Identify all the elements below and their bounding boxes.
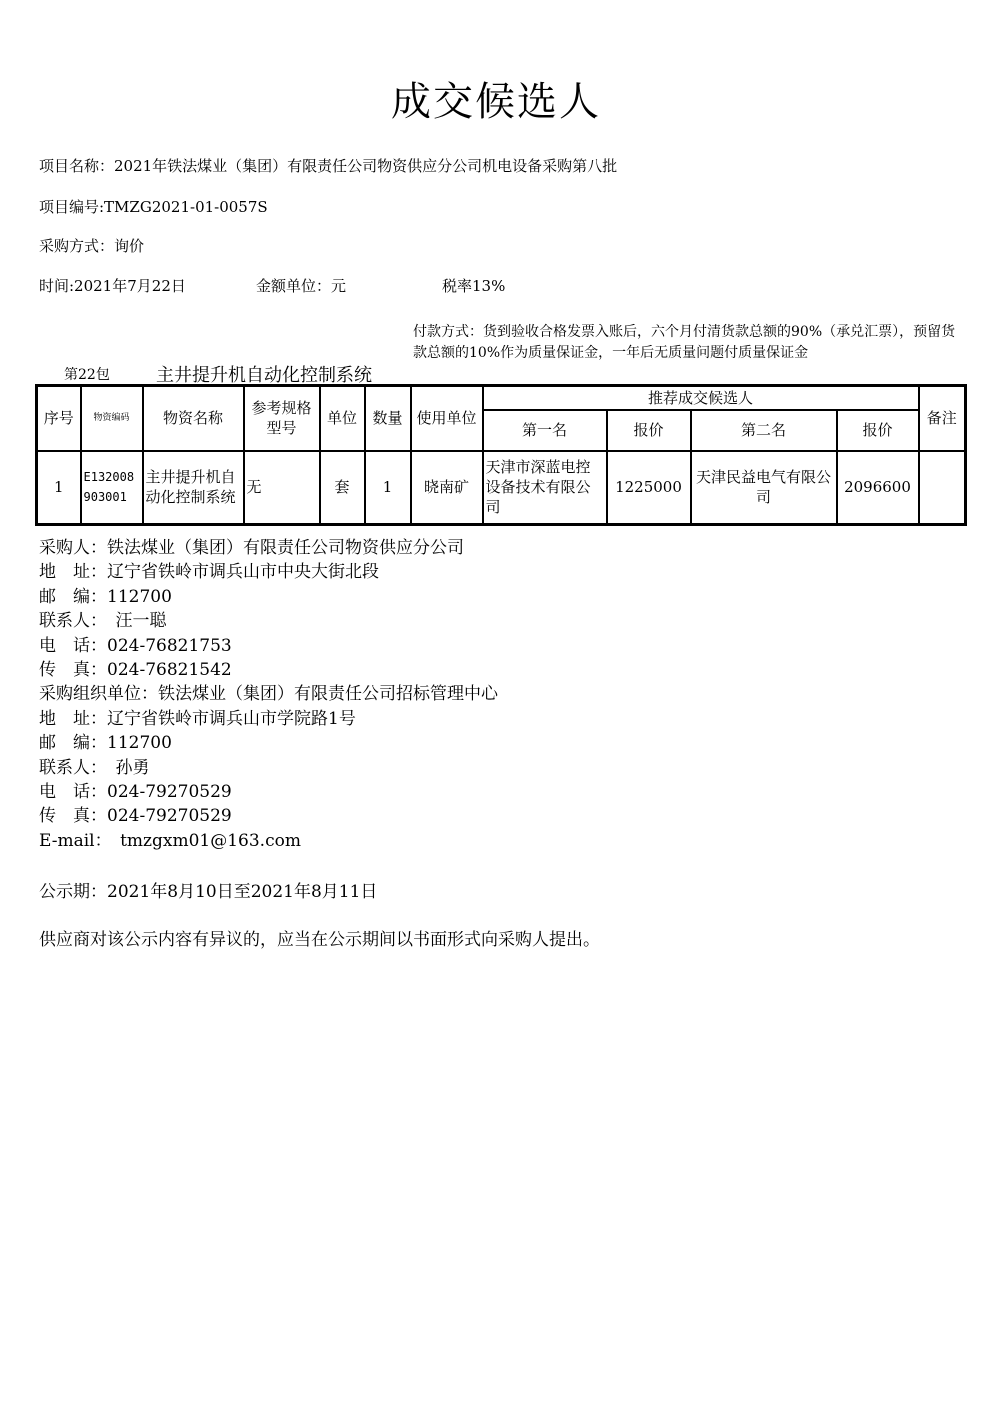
header-name: 物资名称: [143, 386, 244, 451]
agency-name: 采购组织单位：铁法煤业（集团）有限责任公司招标管理中心: [39, 682, 498, 706]
package-label: 第22包: [64, 364, 110, 384]
cell-name: 主井提升机自动化控制系统: [143, 451, 244, 525]
buyer-name: 采购人：铁法煤业（集团）有限责任公司物资供应分公司: [39, 536, 498, 560]
objection-notice: 供应商对该公示内容有异议的，应当在公示期间以书面形式向采购人提出。: [39, 925, 600, 950]
date: 时间:2021年7月22日: [39, 275, 186, 296]
cell-user: 晓南矿: [411, 451, 483, 525]
cell-seq: 1: [37, 451, 81, 525]
tax-rate: 税率13%: [442, 275, 505, 296]
agency-email: E-mail： tmzgxm01@163.com: [39, 829, 498, 853]
cell-spec: 无: [244, 451, 320, 525]
buyer-contact: 联系人： 汪一聪: [39, 609, 498, 633]
agency-fax: 传 真：024-79270529: [39, 804, 498, 828]
header-user: 使用单位: [411, 386, 483, 451]
buyer-phone: 电 话：024-76821753: [39, 634, 498, 658]
project-number: 项目编号:TMZG2021-01-0057S: [39, 196, 268, 217]
header-spec: 参考规格型号: [244, 386, 320, 451]
header-seq: 序号: [37, 386, 81, 451]
header-qty: 数量: [365, 386, 411, 451]
agency-postcode: 邮 编：112700: [39, 731, 498, 755]
cell-price2: 2096600: [837, 451, 919, 525]
header-second: 第二名: [691, 410, 837, 451]
cell-unit: 套: [320, 451, 365, 525]
header-unit: 单位: [320, 386, 365, 451]
contacts-block: 采购人：铁法煤业（集团）有限责任公司物资供应分公司 地 址：辽宁省铁岭市调兵山市…: [39, 536, 498, 853]
payment-terms: 付款方式：货到验收合格发票入账后，六个月付清货款总额的90%（承兑汇票），预留货…: [413, 322, 958, 364]
header-first: 第一名: [483, 410, 607, 451]
header-remark: 备注: [919, 386, 966, 451]
buyer-address: 地 址：辽宁省铁岭市调兵山市中央大街北段: [39, 560, 498, 584]
header-recommend: 推荐成交候选人: [483, 386, 919, 410]
cell-qty: 1: [365, 451, 411, 525]
publicity-period: 公示期：2021年8月10日至2021年8月11日: [39, 877, 377, 902]
cell-code: E132008903001: [81, 451, 143, 525]
page-title: 成交候选人: [0, 70, 992, 127]
candidate-table: 序号 物资编码 物资名称 参考规格型号 单位 数量 使用单位 推荐成交候选人 备…: [35, 384, 967, 526]
buyer-postcode: 邮 编：112700: [39, 585, 498, 609]
header-price2: 报价: [837, 410, 919, 451]
agency-phone: 电 话：024-79270529: [39, 780, 498, 804]
table-row: 1 E132008903001 主井提升机自动化控制系统 无 套 1 晓南矿 天…: [37, 451, 966, 525]
cell-first: 天津市深蓝电控设备技术有限公司: [483, 451, 607, 525]
cell-second: 天津民益电气有限公司: [691, 451, 837, 525]
agency-contact: 联系人： 孙勇: [39, 756, 498, 780]
project-name: 项目名称：2021年铁法煤业（集团）有限责任公司物资供应分公司机电设备采购第八批: [39, 155, 617, 176]
header-code: 物资编码: [81, 386, 143, 451]
cell-remark: [919, 451, 966, 525]
agency-address: 地 址：辽宁省铁岭市调兵山市学院路1号: [39, 707, 498, 731]
cell-price1: 1225000: [607, 451, 691, 525]
procurement-method: 采购方式：询价: [39, 235, 144, 256]
buyer-fax: 传 真：024-76821542: [39, 658, 498, 682]
currency-unit: 金额单位：元: [256, 275, 346, 296]
header-price1: 报价: [607, 410, 691, 451]
